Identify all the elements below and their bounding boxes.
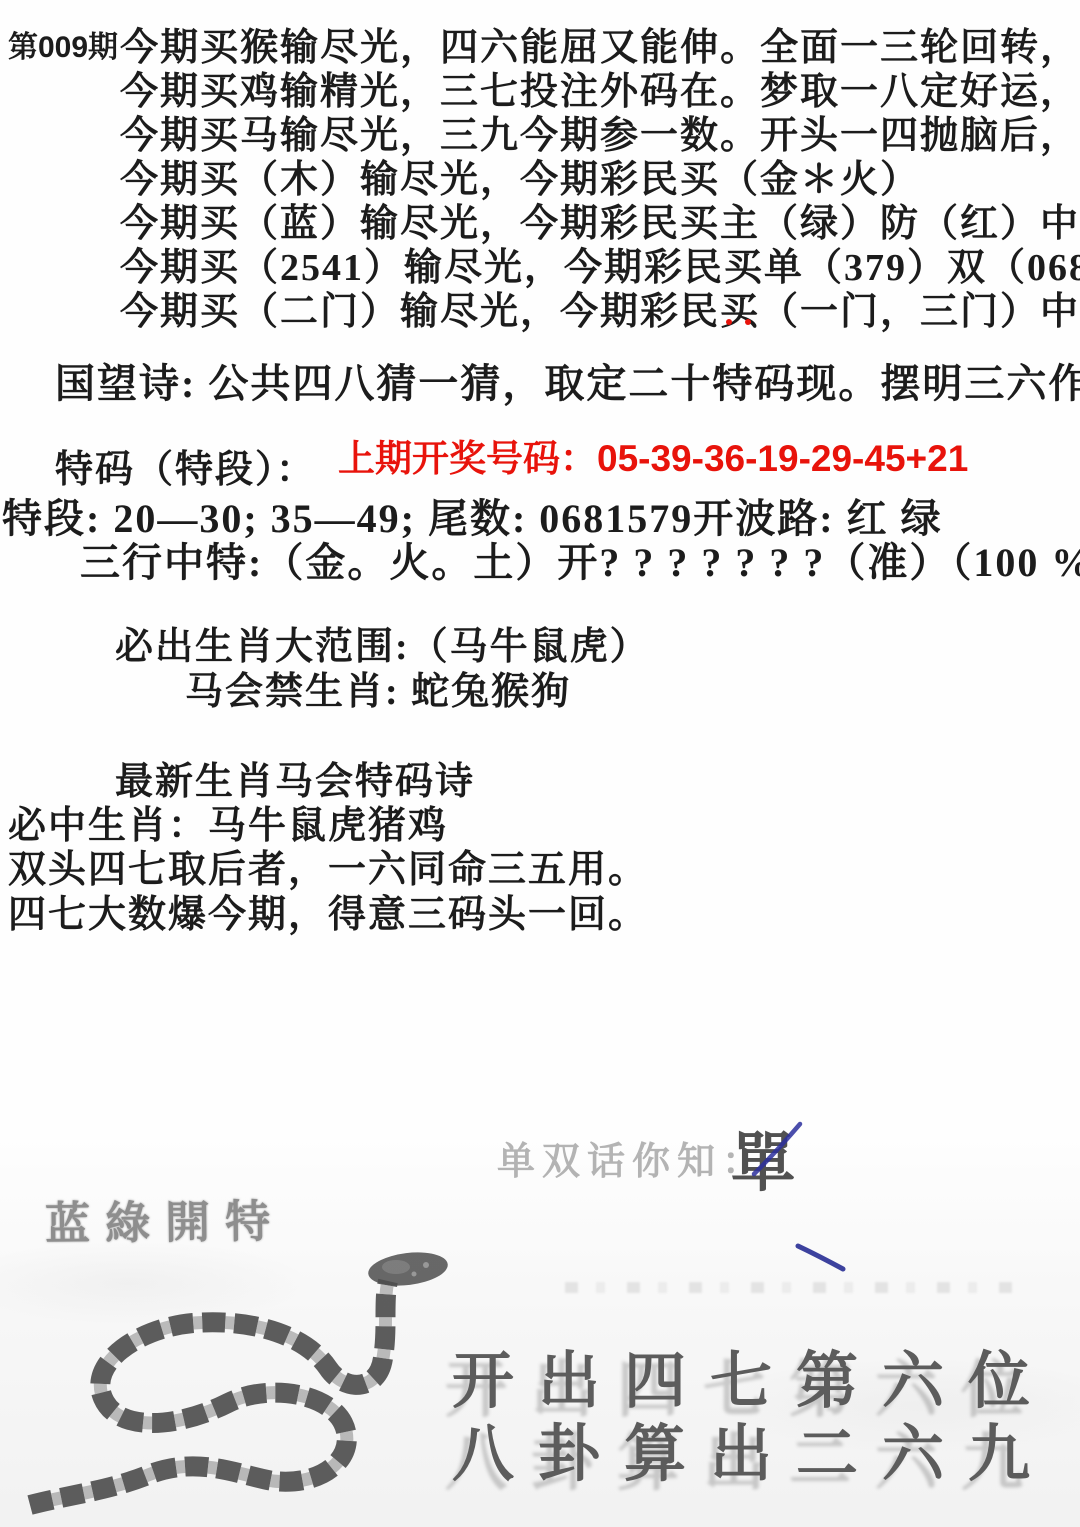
blue-pen-slash-icon xyxy=(742,1118,814,1180)
dan-shuang-label: 单双话你知： xyxy=(497,1130,767,1185)
last-draw-numbers: 上期开奖号码：05-39-36-19-29-45+21 xyxy=(338,428,968,482)
poem-line-7: 今期买（二门）输尽光，今期彩民买（一门，三门）中（禾） xyxy=(120,280,1080,335)
zodiac-poem-line-2: 四七大数爆今期，得意三码头一回。 xyxy=(8,883,648,938)
tema-label: 特码（特段）： xyxy=(55,438,316,493)
guowang-poem: 国望诗: 公共四八猜一猜，取定二十特码现。摆明三六作头奖，一七齐攻八走红。 xyxy=(55,352,1080,409)
blue-pen-slash-icon-2 xyxy=(795,1243,847,1273)
banned-zodiac: 马会禁生肖: 蛇兔猴狗 xyxy=(185,660,571,715)
two-red-dots xyxy=(726,312,764,330)
scanned-tip-sheet: 第009期今期买猴输尽光，四六能屈又能伸。全面一三轮回转，三九拼合定格局。 今期… xyxy=(0,0,1080,1527)
issue-number: 第009期 xyxy=(8,31,118,64)
sanxing-line: 三行中特:（金。火。土）开? ? ? ? ? ? ?（准）（100 %） xyxy=(80,531,1080,588)
faded-illegible-text xyxy=(565,1282,1030,1293)
snake-icon xyxy=(28,1243,468,1527)
snake-head xyxy=(366,1248,449,1290)
banner-line-2: 八卦算出二六九 xyxy=(452,1404,1054,1493)
